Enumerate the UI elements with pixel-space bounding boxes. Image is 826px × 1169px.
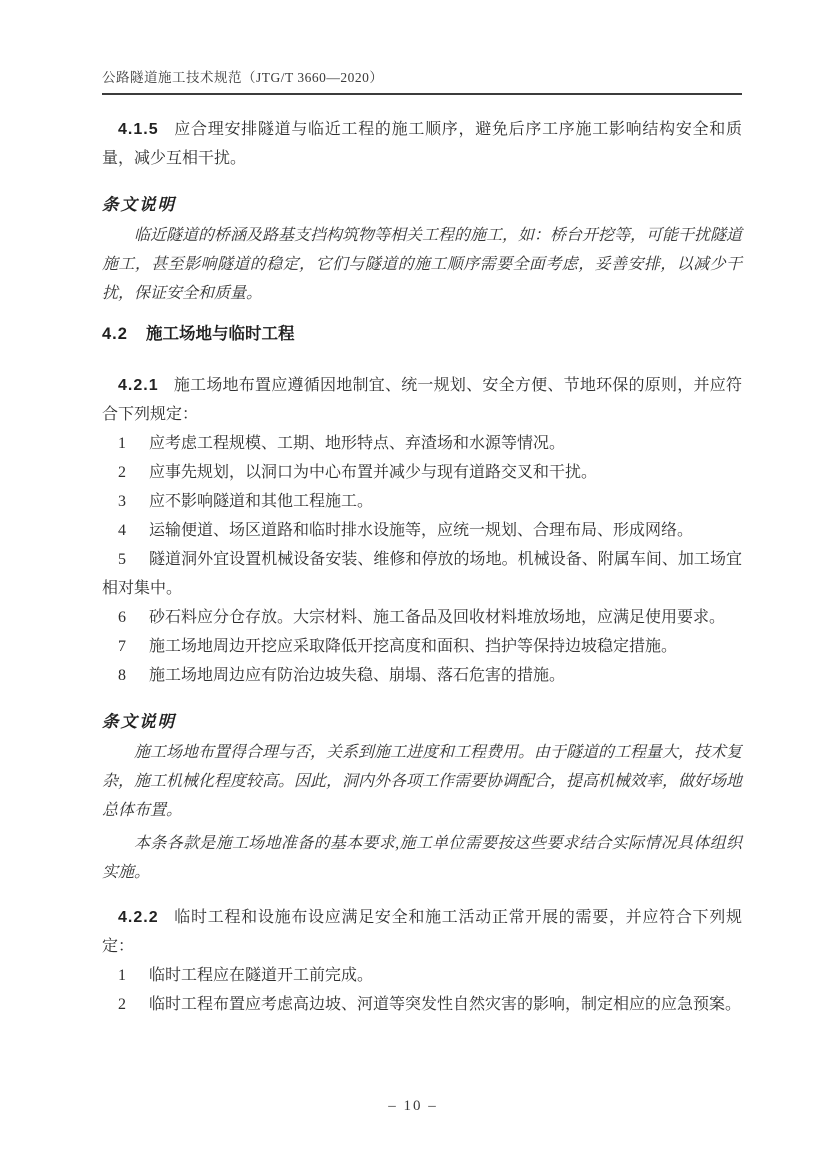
page-content: 公路隧道施工技术规范（JTG/T 3660—2020） 4.1.5应合理安排隧道… <box>0 0 826 1019</box>
article-4-2-1: 4.2.1施工场地布置应遵循因地制宜、统一规划、安全方便、节地环保的原则，并应符… <box>102 371 742 429</box>
item-number: 1 <box>118 435 126 452</box>
item-number: 6 <box>118 609 126 626</box>
article-4-2-2: 4.2.2临时工程和设施布设应满足安全和施工活动正常开展的需要，并应符合下列规定… <box>102 903 742 961</box>
item-number: 1 <box>118 967 126 984</box>
item-number: 7 <box>118 638 126 655</box>
item-text: 临时工程应在隧道开工前完成。 <box>149 967 373 984</box>
item-text: 应考虑工程规模、工期、地形特点、弃渣场和水源等情况。 <box>149 435 565 452</box>
list-item-3: 3应不影响隧道和其他工程施工。 <box>102 487 742 516</box>
section-number-4-2: 4.2 <box>102 325 128 343</box>
article-number-4-2-1: 4.2.1 <box>118 377 159 394</box>
page-number: – 10 – <box>0 1092 826 1121</box>
notes-heading-4-1-5: 条文说明 <box>102 190 742 219</box>
notes-heading-4-2-1: 条文说明 <box>102 707 742 736</box>
list-item-5: 5隧道洞外宜设置机械设备安装、维修和停放的场地。机械设备、附属车间、加工场宜相对… <box>102 545 742 603</box>
document-page: 公路隧道施工技术规范（JTG/T 3660—2020） 4.1.5应合理安排隧道… <box>0 0 826 1169</box>
note-paragraph: 施工场地布置得合理与否，关系到施工进度和工程费用。由于隧道的工程量大，技术复杂，… <box>102 738 742 825</box>
item-text: 施工场地周边开挖应采取降低开挖高度和面积、挡护等保持边坡稳定措施。 <box>149 638 677 655</box>
article-text-4-2-1: 施工场地布置应遵循因地制宜、统一规划、安全方便、节地环保的原则，并应符合下列规定… <box>102 377 742 423</box>
item-text: 应不影响隧道和其他工程施工。 <box>149 493 373 510</box>
document-title-header: 公路隧道施工技术规范（JTG/T 3660—2020） <box>102 68 742 88</box>
list-item-1: 1应考虑工程规模、工期、地形特点、弃渣场和水源等情况。 <box>102 429 742 458</box>
list-item-6: 6砂石料应分仓存放。大宗材料、施工备品及回收材料堆放场地，应满足使用要求。 <box>102 603 742 632</box>
note-paragraph: 临近隧道的桥涵及路基支挡构筑物等相关工程的施工，如：桥台开挖等，可能干扰隧道施工… <box>102 221 742 308</box>
list-item-2: 2应事先规划，以洞口为中心布置并减少与现有道路交叉和干扰。 <box>102 458 742 487</box>
item-text: 应事先规划，以洞口为中心布置并减少与现有道路交叉和干扰。 <box>149 464 597 481</box>
note-paragraph: 本条各款是施工场地准备的基本要求,施工单位需要按这些要求结合实际情况具体组织实施… <box>102 829 742 887</box>
list-item-7: 7施工场地周边开挖应采取降低开挖高度和面积、挡护等保持边坡稳定措施。 <box>102 632 742 661</box>
item-number: 5 <box>118 551 126 568</box>
list-item-2: 2临时工程布置应考虑高边坡、河道等突发性自然灾害的影响，制定相应的应急预案。 <box>102 990 742 1019</box>
item-text: 施工场地周边应有防治边坡失稳、崩塌、落石危害的措施。 <box>149 667 565 684</box>
article-number-4-2-2: 4.2.2 <box>118 909 159 926</box>
list-item-8: 8施工场地周边应有防治边坡失稳、崩塌、落石危害的措施。 <box>102 661 742 690</box>
list-item-4: 4运输便道、场区道路和临时排水设施等，应统一规划、合理布局、形成网络。 <box>102 516 742 545</box>
item-number: 2 <box>118 996 126 1013</box>
running-header: 公路隧道施工技术规范（JTG/T 3660—2020） <box>102 0 742 95</box>
item-text: 隧道洞外宜设置机械设备安装、维修和停放的场地。机械设备、附属车间、加工场宜相对集… <box>102 551 742 597</box>
item-number: 3 <box>118 493 126 510</box>
article-4-1-5: 4.1.5应合理安排隧道与临近工程的施工顺序，避免后序工序施工影响结构安全和质量… <box>102 115 742 173</box>
article-number-4-1-5: 4.1.5 <box>118 121 159 138</box>
list-item-1: 1临时工程应在隧道开工前完成。 <box>102 961 742 990</box>
item-number: 4 <box>118 522 126 539</box>
item-text: 砂石料应分仓存放。大宗材料、施工备品及回收材料堆放场地，应满足使用要求。 <box>149 609 725 626</box>
item-text: 临时工程布置应考虑高边坡、河道等突发性自然灾害的影响，制定相应的应急预案。 <box>149 996 741 1013</box>
item-text: 运输便道、场区道路和临时排水设施等，应统一规划、合理布局、形成网络。 <box>149 522 693 539</box>
header-rule <box>102 93 742 95</box>
article-text-4-2-2: 临时工程和设施布设应满足安全和施工活动正常开展的需要，并应符合下列规定： <box>102 909 742 955</box>
section-heading-4-2: 4.2施工场地与临时工程 <box>102 320 742 349</box>
section-title-4-2: 施工场地与临时工程 <box>146 325 295 343</box>
item-number: 8 <box>118 667 126 684</box>
article-text-4-1-5: 应合理安排隧道与临近工程的施工顺序，避免后序工序施工影响结构安全和质量，减少互相… <box>102 121 742 167</box>
item-number: 2 <box>118 464 126 481</box>
